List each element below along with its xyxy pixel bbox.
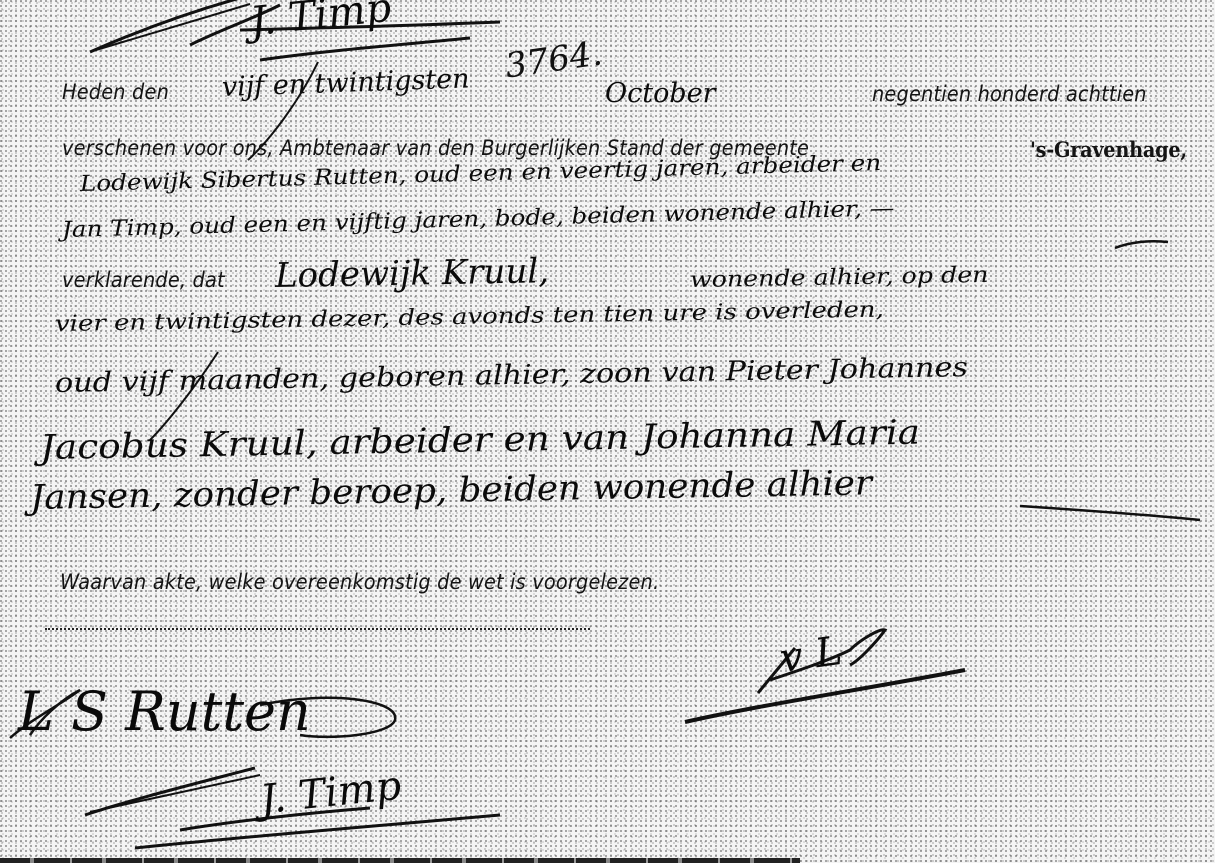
printed-heden-den: Heden den: [62, 80, 169, 104]
closing-statement: Waarvan akte, welke overeenkomstig de we…: [60, 570, 659, 594]
handwritten-age-parent: oud vijf maanden, geboren alhier, zoon v…: [55, 352, 968, 399]
handwritten-father-mother: Jacobus Kruul, arbeider en van Johanna M…: [40, 413, 921, 468]
handwritten-witness-2: Jan Timp, oud een en vijftig jaren, bode…: [62, 196, 895, 243]
handwritten-death-date: vier en twintigsten dezer, des avonds te…: [55, 298, 884, 337]
signature-witness-2: J. Timp: [258, 763, 403, 824]
printed-verklarende: verklarende, dat: [62, 268, 225, 292]
handwritten-residence: wonende alhier, op den: [690, 263, 989, 293]
certificate-page: 3764. Heden den vijf en twintigsten Octo…: [0, 0, 1215, 863]
scan-edge-strip: [0, 858, 800, 863]
signature-official: v L: [777, 628, 845, 682]
handwritten-day: vijf en twintigsten: [221, 63, 470, 103]
handwritten-mother-occupation: Jansen, zonder beroep, beiden wonende al…: [30, 463, 873, 518]
signature-top: J. Timp: [248, 0, 393, 45]
handwritten-month: October: [605, 78, 716, 109]
dotted-separator: [45, 628, 590, 630]
printed-year: negentien honderd achttien: [872, 82, 1147, 106]
signature-witness-1: L S Rutten: [18, 680, 311, 743]
handwritten-deceased-name: Lodewijk Kruul,: [275, 251, 550, 296]
act-number: 3764.: [503, 33, 605, 86]
municipality-name: 's-Gravenhage,: [1030, 137, 1187, 162]
